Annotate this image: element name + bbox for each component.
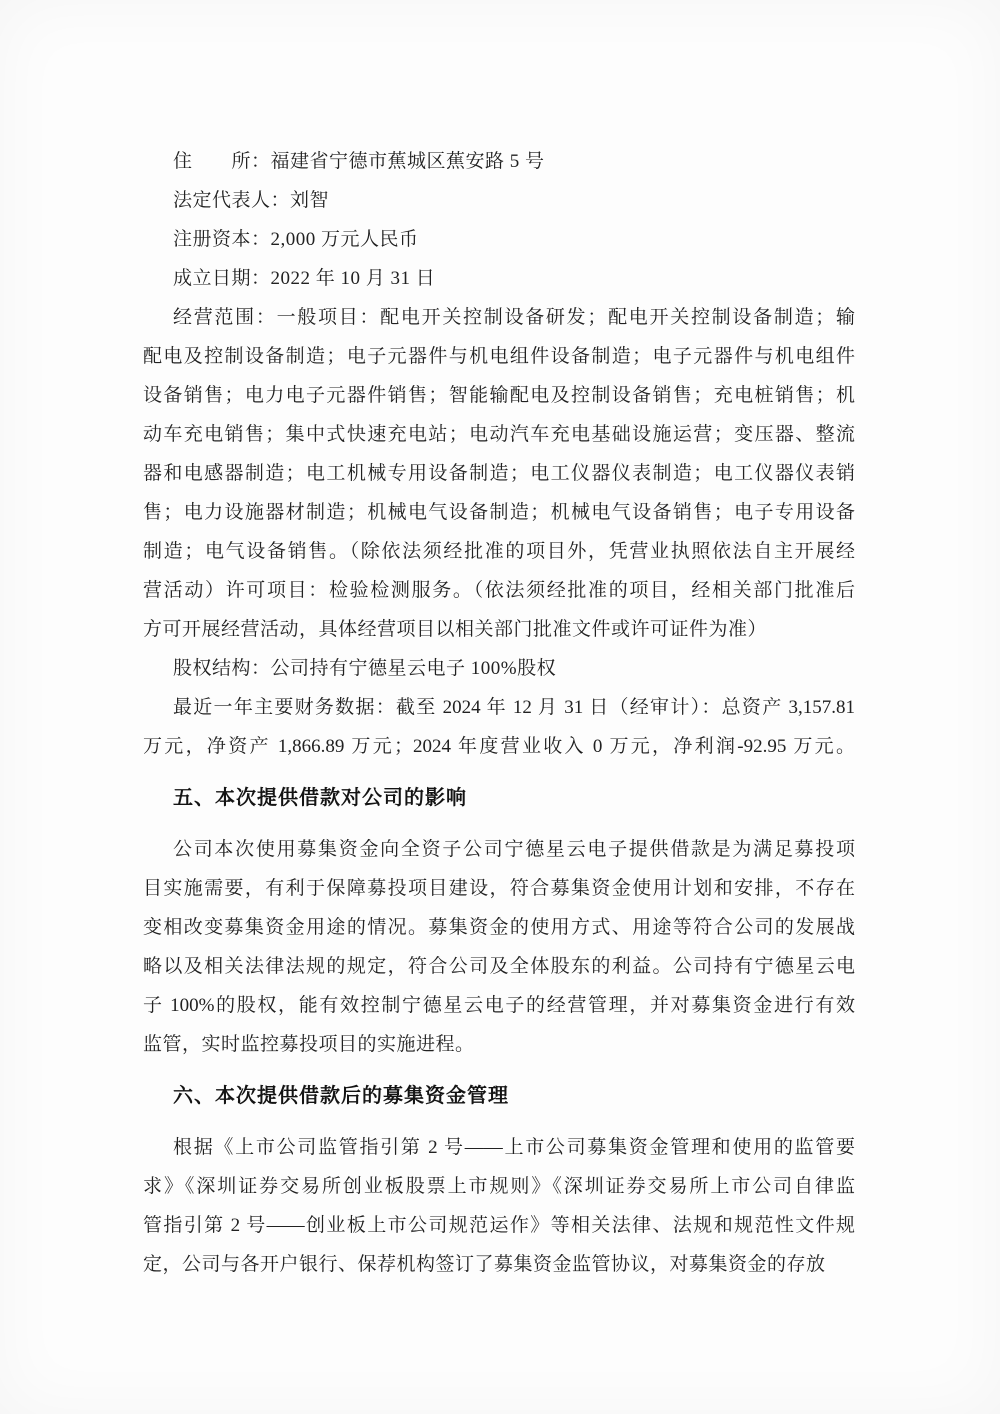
business-scope-line: 配电及控制设备制造；电子元器件与机电组件设备制造；电子元器件与机电组件 — [143, 337, 855, 376]
business-scope-line: 器和电感器制造；电工机械专用设备制造；电工仪器仪表制造；电工仪器仪表销 — [143, 454, 855, 493]
equity-financials-block: 股权结构：公司持有宁德星云电子 100%股权 最近一年主要财务数据：截至 202… — [143, 649, 855, 766]
section-6-line: 求》《深圳证券交易所创业板股票上市规则》《深圳证券交易所上市公司自律监 — [143, 1167, 855, 1206]
section-5-line: 公司本次使用募集资金向全资子公司宁德星云电子提供借款是为满足募投项 — [143, 830, 855, 869]
section-5-line: 子 100%的股权，能有效控制宁德星云电子的经营管理，并对募集资金进行有效 — [143, 986, 855, 1025]
section-6-line: 定，公司与各开户银行、保荐机构签订了募集资金监管协议，对募集资金的存放 — [143, 1245, 855, 1284]
business-scope-line: 营活动）许可项目：检验检测服务。（依法须经批准的项目，经相关部门批准后 — [143, 571, 855, 610]
address-line: 住 所：福建省宁德市蕉城区蕉安路 5 号 — [143, 142, 855, 181]
section-5-line: 目实施需要，有利于保障募投项目建设，符合募集资金使用计划和安排，不存在 — [143, 869, 855, 908]
financial-data-line: 万元，净资产 1,866.89 万元；2024 年度营业收入 0 万元，净利润-… — [143, 727, 855, 766]
business-scope-line: 动车充电销售；集中式快速充电站；电动汽车充电基础设施运营；变压器、整流 — [143, 415, 855, 454]
section-5-heading: 五、本次提供借款对公司的影响 — [143, 779, 855, 818]
business-scope-line: 经营范围：一般项目：配电开关控制设备研发；配电开关控制设备制造；输 — [143, 298, 855, 337]
document-page: 住 所：福建省宁德市蕉城区蕉安路 5 号 法定代表人：刘智 注册资本：2,000… — [0, 0, 1000, 1414]
business-scope-line: 方可开展经营活动，具体经营项目以相关部门批准文件或许可证件为准） — [143, 610, 855, 649]
established-date-line: 成立日期：2022 年 10 月 31 日 — [143, 259, 855, 298]
section-6-paragraph: 根据《上市公司监管指引第 2 号——上市公司募集资金管理和使用的监管要 求》《深… — [143, 1128, 855, 1284]
registered-capital-line: 注册资本：2,000 万元人民币 — [143, 220, 855, 259]
section-5-line: 监管，实时监控募投项目的实施进程。 — [143, 1025, 855, 1064]
financial-data-line: 最近一年主要财务数据：截至 2024 年 12 月 31 日（经审计）：总资产 … — [143, 688, 855, 727]
business-scope-paragraph: 经营范围：一般项目：配电开关控制设备研发；配电开关控制设备制造；输 配电及控制设… — [143, 298, 855, 649]
business-scope-line: 设备销售；电力电子元器件销售；智能输配电及控制设备销售；充电桩销售；机 — [143, 376, 855, 415]
section-5-line: 变相改变募集资金用途的情况。募集资金的使用方式、用途等符合公司的发展战 — [143, 908, 855, 947]
company-info-block: 住 所：福建省宁德市蕉城区蕉安路 5 号 法定代表人：刘智 注册资本：2,000… — [143, 142, 855, 298]
section-5-line: 略以及相关法律法规的规定，符合公司及全体股东的利益。公司持有宁德星云电 — [143, 947, 855, 986]
section-5-paragraph: 公司本次使用募集资金向全资子公司宁德星云电子提供借款是为满足募投项 目实施需要，… — [143, 830, 855, 1064]
business-scope-line: 制造；电气设备销售。（除依法须经批准的项目外，凭营业执照依法自主开展经 — [143, 532, 855, 571]
business-scope-line: 售；电力设施器材制造；机械电气设备制造；机械电气设备销售；电子专用设备 — [143, 493, 855, 532]
equity-structure-line: 股权结构：公司持有宁德星云电子 100%股权 — [143, 649, 855, 688]
section-6-heading: 六、本次提供借款后的募集资金管理 — [143, 1077, 855, 1116]
legal-representative-line: 法定代表人：刘智 — [143, 181, 855, 220]
document-content: 住 所：福建省宁德市蕉城区蕉安路 5 号 法定代表人：刘智 注册资本：2,000… — [143, 0, 855, 1284]
section-6-line: 管指引第 2 号——创业板上市公司规范运作》等相关法律、法规和规范性文件规 — [143, 1206, 855, 1245]
section-6-line: 根据《上市公司监管指引第 2 号——上市公司募集资金管理和使用的监管要 — [143, 1128, 855, 1167]
